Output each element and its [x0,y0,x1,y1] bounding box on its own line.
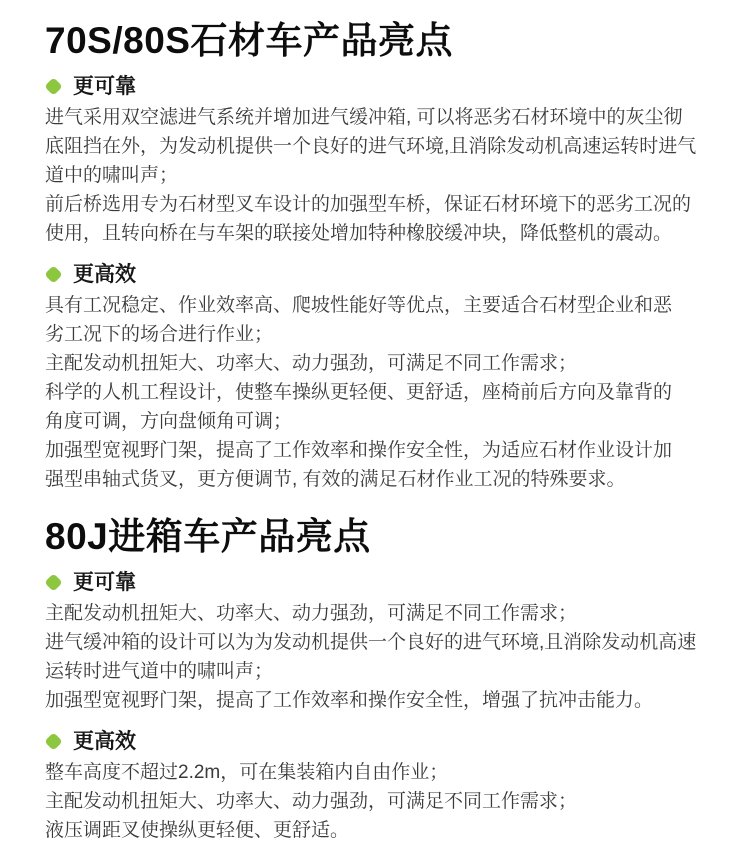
subsection-body-text: 进气采用双空滤进气系统并增加进气缓冲箱, 可以将恶劣石材环境中的灰尘彻 底阻挡在… [45,103,723,248]
subsection-body-text: 具有工况稳定、作业效率高、爬坡性能好等优点，主要适合石材型企业和恶 劣工况下的场… [45,291,723,494]
subsection-heading: 更可靠 [47,74,723,99]
diamond-bullet-icon [44,265,62,283]
subsection-heading: 更高效 [47,262,723,287]
diamond-bullet-icon [44,77,62,95]
subsection-heading-label: 更高效 [73,729,136,754]
subsection-efficiency: 更高效 具有工况稳定、作业效率高、爬坡性能好等优点，主要适合石材型企业和恶 劣工… [45,262,723,494]
subsection-body-text: 整车高度不超过2.2m，可在集装箱内自由作业； 主配发动机扭矩大、功率大、动力强… [45,758,723,845]
subsection-heading-label: 更可靠 [73,74,136,99]
page-title: 80J进箱车产品亮点 [45,518,723,556]
subsection-heading: 更可靠 [47,570,723,595]
subsection-efficiency: 更高效 整车高度不超过2.2m，可在集装箱内自由作业； 主配发动机扭矩大、功率大… [45,729,723,845]
subsection-body-text: 主配发动机扭矩大、功率大、动力强劲，可满足不同工作需求； 进气缓冲箱的设计可以为… [45,599,723,715]
diamond-bullet-icon [44,732,62,750]
subsection-reliability: 更可靠 主配发动机扭矩大、功率大、动力强劲，可满足不同工作需求； 进气缓冲箱的设… [45,570,723,715]
section-80j-container-truck: 80J进箱车产品亮点 更可靠 主配发动机扭矩大、功率大、动力强劲，可满足不同工作… [45,518,723,845]
diamond-bullet-icon [44,573,62,591]
subsection-heading-label: 更高效 [73,262,136,287]
subsection-heading: 更高效 [47,729,723,754]
page-title: 70S/80S石材车产品亮点 [45,22,723,60]
product-highlights-page: 70S/80S石材车产品亮点 更可靠 进气采用双空滤进气系统并增加进气缓冲箱, … [0,0,751,861]
section-70s-80s-stone-truck: 70S/80S石材车产品亮点 更可靠 进气采用双空滤进气系统并增加进气缓冲箱, … [45,22,723,494]
subsection-heading-label: 更可靠 [73,570,136,595]
subsection-reliability: 更可靠 进气采用双空滤进气系统并增加进气缓冲箱, 可以将恶劣石材环境中的灰尘彻 … [45,74,723,248]
